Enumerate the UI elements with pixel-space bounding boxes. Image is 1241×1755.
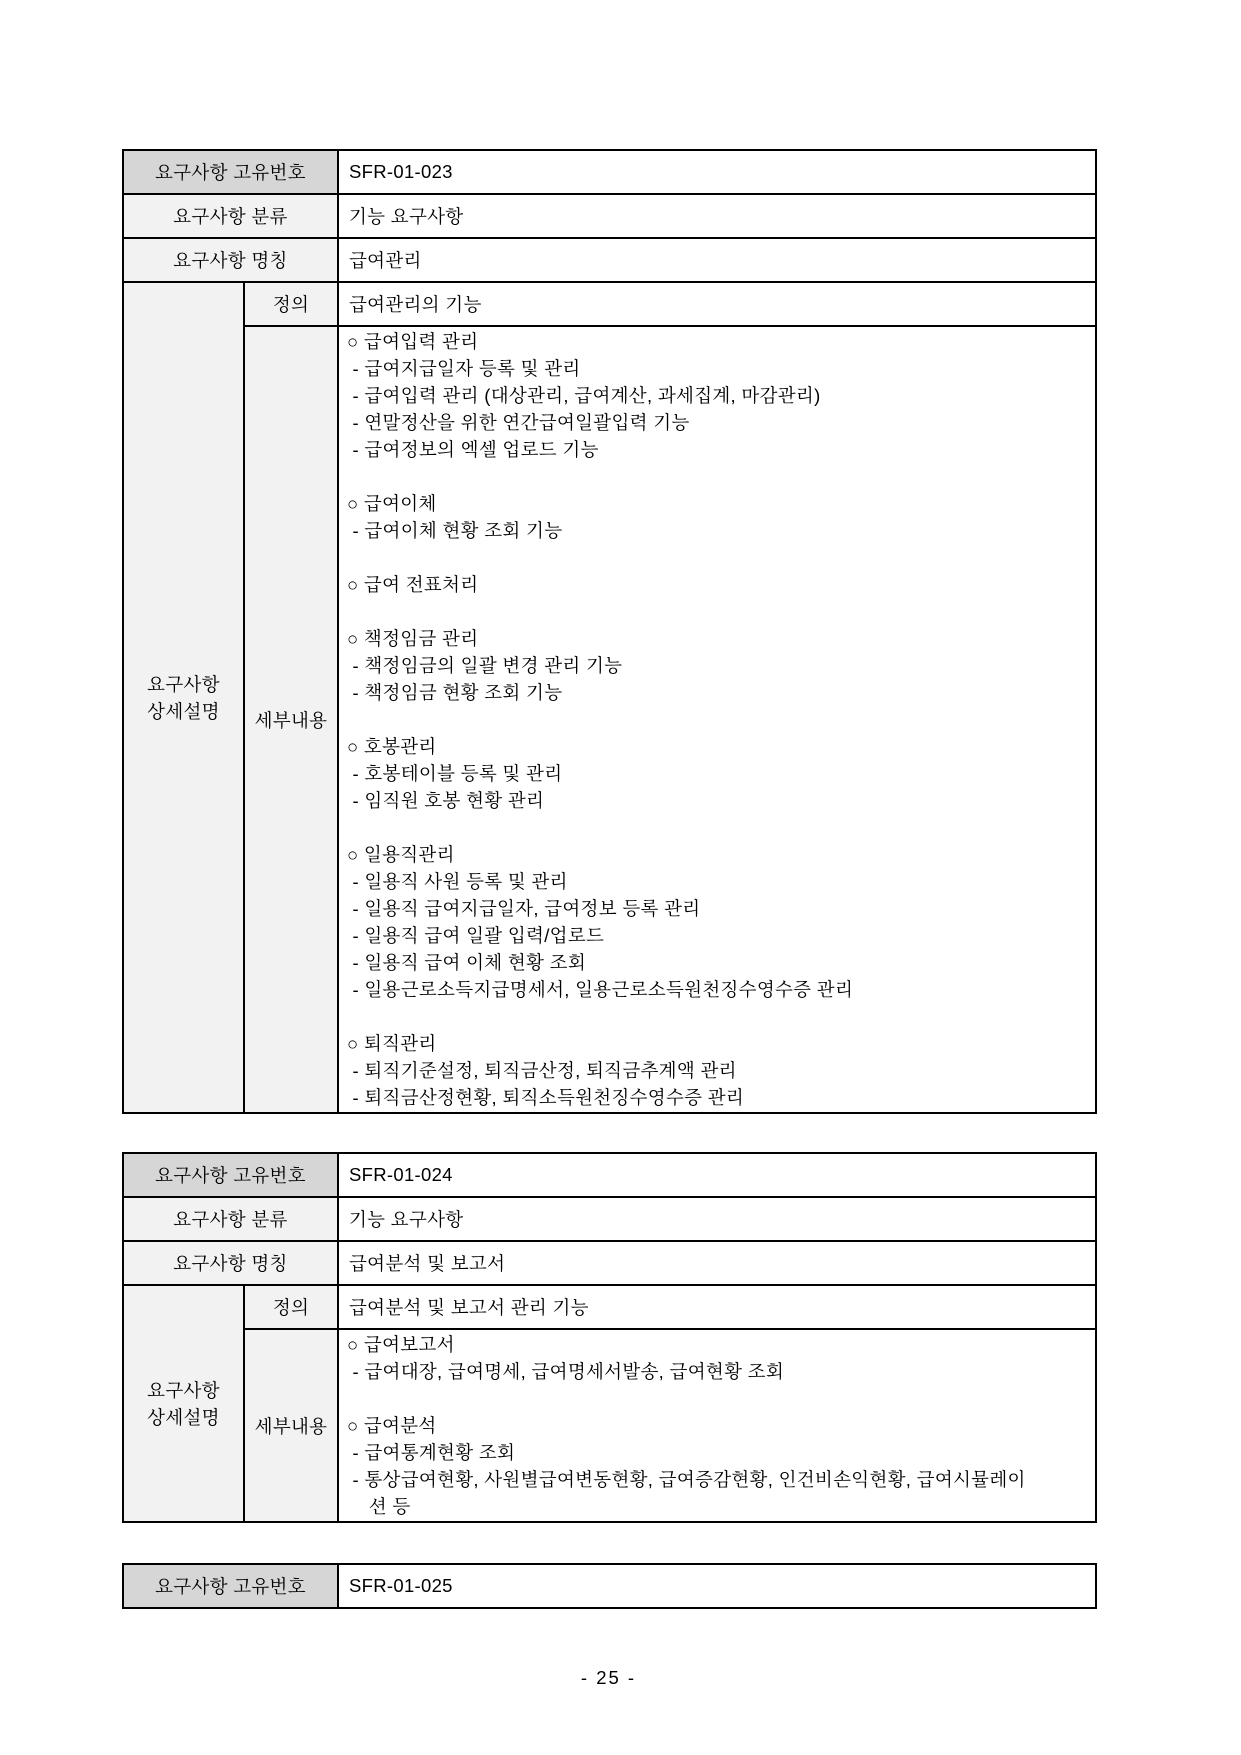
detail-line: - 급여입력 관리 (대상관리, 급여계산, 과세집계, 마감관리): [347, 382, 1089, 409]
req-id-label: 요구사항 고유번호: [123, 1564, 338, 1608]
detail-line: ○ 퇴직관리: [347, 1030, 1089, 1057]
req-name-label: 요구사항 명칭: [123, 1241, 338, 1285]
detail-line: ○ 책정임금 관리: [347, 625, 1089, 652]
table-gap: [122, 1523, 1241, 1563]
detail-line: [347, 706, 1089, 733]
detail-line: 요구사항: [128, 1377, 239, 1404]
detail-line: [347, 598, 1089, 625]
table-row: 요구사항상세설명 정의 급여관리의 기능: [123, 282, 1096, 326]
detail-line: - 일용직 급여 일괄 입력/업로드: [347, 922, 1089, 949]
definition-label: 정의: [244, 282, 338, 326]
detail-line: - 일용직 급여 이체 현황 조회: [347, 949, 1089, 976]
detail-line: - 임직원 호봉 현황 관리: [347, 787, 1089, 814]
requirement-table-sfr-01-024: 요구사항 고유번호 SFR-01-024 요구사항 분류 기능 요구사항 요구사…: [122, 1152, 1097, 1523]
detail-line: - 퇴직기준설정, 퇴직금산정, 퇴직금추계액 관리: [347, 1057, 1089, 1084]
req-id-label: 요구사항 고유번호: [123, 1153, 338, 1197]
requirement-table-sfr-01-023: 요구사항 고유번호 SFR-01-023 요구사항 분류 기능 요구사항 요구사…: [122, 149, 1097, 1114]
table-row: 요구사항 고유번호 SFR-01-024: [123, 1153, 1096, 1197]
page-number: - 25 -: [122, 1667, 1095, 1689]
detail-line: - 퇴직금산정현황, 퇴직소득원천징수영수증 관리: [347, 1084, 1089, 1111]
req-class-value: 기능 요구사항: [338, 1197, 1096, 1241]
req-class-label: 요구사항 분류: [123, 194, 338, 238]
table-row: 요구사항 분류 기능 요구사항: [123, 194, 1096, 238]
table-row: 요구사항 명칭 급여관리: [123, 238, 1096, 282]
req-detail-label: 요구사항상세설명: [123, 282, 244, 1113]
detail-line: 션 등: [347, 1493, 1089, 1520]
detail-line: - 일용직 급여지급일자, 급여정보 등록 관리: [347, 895, 1089, 922]
detail-line: [347, 463, 1089, 490]
detail-line: - 호봉테이블 등록 및 관리: [347, 760, 1089, 787]
req-id-label: 요구사항 고유번호: [123, 150, 338, 194]
detail-line: - 급여이체 현황 조회 기능: [347, 517, 1089, 544]
detail-line: ○ 급여보고서: [347, 1331, 1089, 1358]
requirement-table-sfr-01-025: 요구사항 고유번호 SFR-01-025: [122, 1563, 1097, 1609]
detail-line: - 책정임금의 일괄 변경 관리 기능: [347, 652, 1089, 679]
detail-line: ○ 급여이체: [347, 490, 1089, 517]
details-content: ○ 급여입력 관리 - 급여지급일자 등록 및 관리 - 급여입력 관리 (대상…: [338, 326, 1096, 1113]
detail-line: ○ 호봉관리: [347, 733, 1089, 760]
req-name-value: 급여관리: [338, 238, 1096, 282]
detail-line: [347, 1003, 1089, 1030]
detail-line: [347, 544, 1089, 571]
detail-line: ○ 급여분석: [347, 1412, 1089, 1439]
detail-line: [347, 814, 1089, 841]
req-class-label: 요구사항 분류: [123, 1197, 338, 1241]
definition-label: 정의: [244, 1285, 338, 1329]
detail-line: - 급여통계현황 조회: [347, 1439, 1089, 1466]
req-class-value: 기능 요구사항: [338, 194, 1096, 238]
req-id-value: SFR-01-025: [338, 1564, 1096, 1608]
definition-value: 급여관리의 기능: [338, 282, 1096, 326]
detail-line: - 급여지급일자 등록 및 관리: [347, 355, 1089, 382]
table-gap: [122, 1114, 1241, 1152]
table-row: 요구사항상세설명 정의 급여분석 및 보고서 관리 기능: [123, 1285, 1096, 1329]
table-row: 세부내용 ○ 급여보고서 - 급여대장, 급여명세, 급여명세서발송, 급여현황…: [123, 1329, 1096, 1522]
detail-line: [347, 1385, 1089, 1412]
detail-line: - 일용직 사원 등록 및 관리: [347, 868, 1089, 895]
detail-line: - 급여대장, 급여명세, 급여명세서발송, 급여현황 조회: [347, 1358, 1089, 1385]
table-row: 세부내용 ○ 급여입력 관리 - 급여지급일자 등록 및 관리 - 급여입력 관…: [123, 326, 1096, 1113]
detail-line: - 일용근로소득지급명세서, 일용근로소득원천징수영수증 관리: [347, 976, 1089, 1003]
details-label: 세부내용: [244, 326, 338, 1113]
detail-line: ○ 급여입력 관리: [347, 328, 1089, 355]
req-detail-label: 요구사항상세설명: [123, 1285, 244, 1522]
detail-line: 요구사항: [128, 671, 239, 698]
detail-line: ○ 일용직관리: [347, 841, 1089, 868]
details-label: 세부내용: [244, 1329, 338, 1522]
table-row: 요구사항 분류 기능 요구사항: [123, 1197, 1096, 1241]
req-id-value: SFR-01-024: [338, 1153, 1096, 1197]
table-row: 요구사항 명칭 급여분석 및 보고서: [123, 1241, 1096, 1285]
table-row: 요구사항 고유번호 SFR-01-023: [123, 150, 1096, 194]
document-page: 요구사항 고유번호 SFR-01-023 요구사항 분류 기능 요구사항 요구사…: [0, 0, 1241, 1755]
detail-line: - 급여정보의 엑셀 업로드 기능: [347, 436, 1089, 463]
definition-value: 급여분석 및 보고서 관리 기능: [338, 1285, 1096, 1329]
detail-line: 상세설명: [128, 698, 239, 725]
detail-line: - 연말정산을 위한 연간급여일괄입력 기능: [347, 409, 1089, 436]
detail-line: - 책정임금 현황 조회 기능: [347, 679, 1089, 706]
detail-line: 상세설명: [128, 1404, 239, 1431]
req-id-value: SFR-01-023: [338, 150, 1096, 194]
req-name-label: 요구사항 명칭: [123, 238, 338, 282]
detail-line: - 통상급여현황, 사원별급여변동현황, 급여증감현황, 인건비손익현황, 급여…: [347, 1466, 1089, 1493]
req-name-value: 급여분석 및 보고서: [338, 1241, 1096, 1285]
table-row: 요구사항 고유번호 SFR-01-025: [123, 1564, 1096, 1608]
details-content: ○ 급여보고서 - 급여대장, 급여명세, 급여명세서발송, 급여현황 조회 ○…: [338, 1329, 1096, 1522]
detail-line: ○ 급여 전표처리: [347, 571, 1089, 598]
